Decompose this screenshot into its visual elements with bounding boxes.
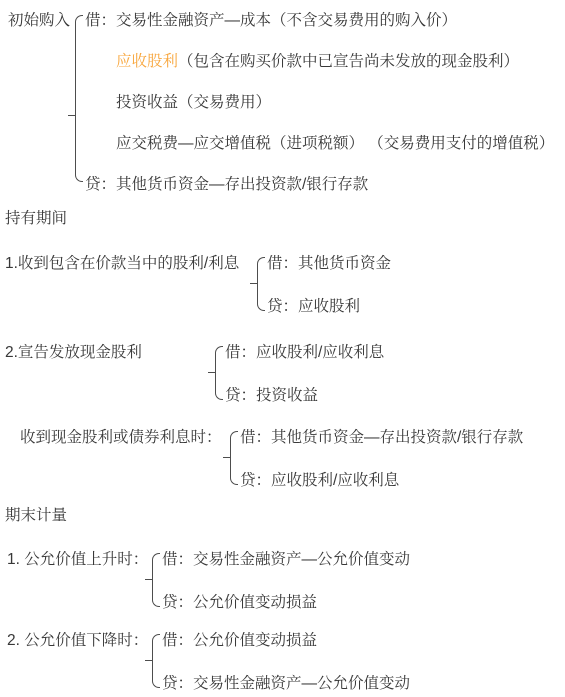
credit-line: 贷：其他货币资金—存出投资款/银行存款 (85, 174, 554, 195)
debit-line: 借：应收股利/应收利息 (225, 342, 384, 363)
period-end-heading: 期末计量 (5, 505, 565, 526)
fair-value-down-label: 2. 公允价值下降时： (5, 630, 145, 694)
credit-line: 贷：应收股利 (267, 296, 391, 317)
initial-purchase-section: 初始购入 借：交易性金融资产—成本（不含交易费用的购入价） 应收股利（包含在购买… (5, 10, 565, 195)
credit-line: 贷：应收股利/应收利息 (240, 470, 523, 491)
holding-item-3-label: 收到现金股利或债券利息时： (5, 427, 223, 491)
debit-line: 借：其他货币资金 (267, 253, 391, 274)
initial-purchase-label: 初始购入 (5, 10, 68, 195)
fair-value-up-entries: 借：交易性金融资产—公允价值变动 贷：公允价值变动损益 (160, 549, 410, 613)
curly-brace-icon (250, 257, 265, 311)
fair-value-up-label: 1. 公允价值上升时： (5, 549, 145, 613)
curly-brace-icon (145, 553, 160, 607)
holding-item-2-entries: 借：应收股利/应收利息 贷：投资收益 (223, 342, 384, 406)
receivable-dividend-highlight: 应收股利 (116, 53, 178, 70)
holding-item-1-entries: 借：其他货币资金 贷：应收股利 (265, 253, 391, 317)
debit-line: 借：交易性金融资产—成本（不含交易费用的购入价） (85, 10, 554, 31)
receivable-dividend-line: 应收股利（包含在购买价款中已宣告尚未发放的现金股利） (85, 51, 554, 72)
holding-item-2-label: 2.宣告发放现金股利 (5, 342, 208, 406)
initial-purchase-entries: 借：交易性金融资产—成本（不含交易费用的购入价） 应收股利（包含在购买价款中已宣… (83, 10, 554, 195)
curly-brace-icon (68, 15, 83, 182)
receivable-dividend-note: （包含在购买价款中已宣告尚未发放的现金股利） (178, 53, 519, 70)
curly-brace-icon (145, 634, 160, 688)
credit-line: 贷：交易性金融资产—公允价值变动 (162, 673, 410, 694)
fair-value-down-item: 2. 公允价值下降时： 借：公允价值变动损益 贷：交易性金融资产—公允价值变动 (5, 630, 565, 694)
fair-value-up-item: 1. 公允价值上升时： 借：交易性金融资产—公允价值变动 贷：公允价值变动损益 (5, 549, 565, 613)
debit-line: 借：公允价值变动损益 (162, 630, 410, 651)
debit-line: 借：交易性金融资产—公允价值变动 (162, 549, 410, 570)
holding-item-3-entries: 借：其他货币资金—存出投资款/银行存款 贷：应收股利/应收利息 (238, 427, 523, 491)
credit-line: 贷：投资收益 (225, 385, 384, 406)
credit-line: 贷：公允价值变动损益 (162, 592, 410, 613)
investment-income-line: 投资收益（交易费用） (85, 92, 554, 113)
debit-line: 借：其他货币资金—存出投资款/银行存款 (240, 427, 523, 448)
curly-brace-icon (208, 346, 223, 400)
holding-item-2: 2.宣告发放现金股利 借：应收股利/应收利息 贷：投资收益 (5, 342, 565, 406)
holding-item-1-label: 1.收到包含在价款当中的股利/利息 (5, 253, 250, 317)
tax-payable-line: 应交税费—应交增值税（进项税额） （交易费用支付的增值税） (85, 133, 554, 154)
holding-period-heading: 持有期间 (5, 208, 565, 229)
fair-value-down-entries: 借：公允价值变动损益 贷：交易性金融资产—公允价值变动 (160, 630, 410, 694)
holding-item-3: 收到现金股利或债券利息时： 借：其他货币资金—存出投资款/银行存款 贷：应收股利… (5, 427, 565, 491)
holding-item-1: 1.收到包含在价款当中的股利/利息 借：其他货币资金 贷：应收股利 (5, 253, 565, 317)
curly-brace-icon (223, 431, 238, 485)
